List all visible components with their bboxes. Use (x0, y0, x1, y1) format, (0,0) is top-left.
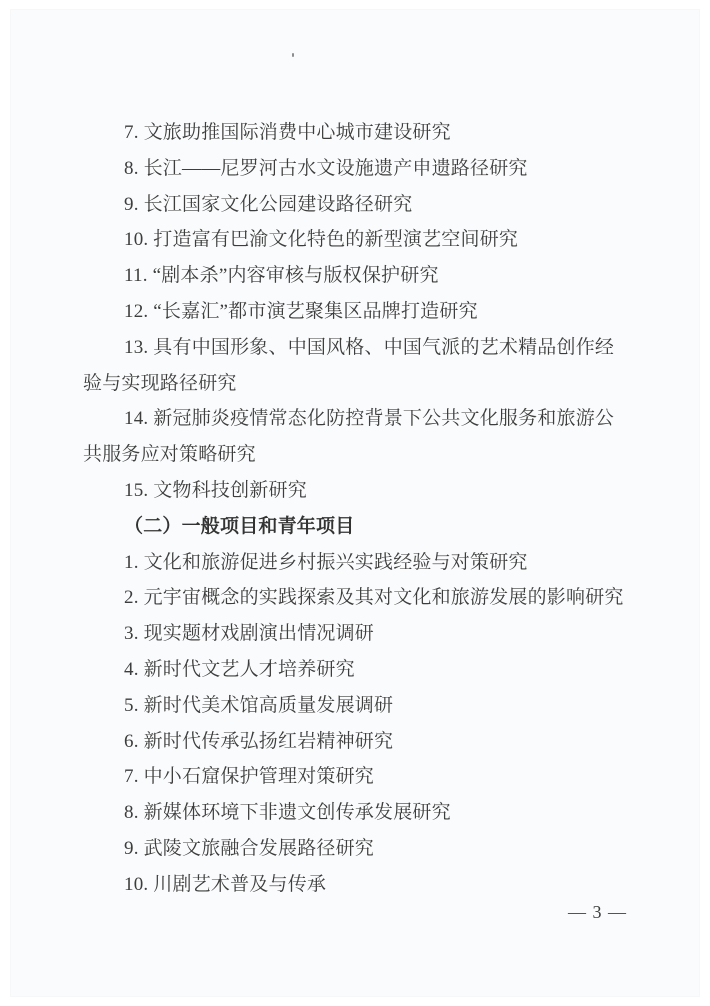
document-body: 7. 文旅助推国际消费中心城市建设研究8. 长江——尼罗河古水文设施遗产申遗路径… (83, 115, 695, 903)
list-item: 2. 元宇宙概念的实践探索及其对文化和旅游发展的影响研究 (83, 580, 695, 616)
list-item: 11. “剧本杀”内容审核与版权保护研究 (83, 258, 695, 294)
scan-artifact-speck (292, 53, 294, 57)
list-item: 7. 文旅助推国际消费中心城市建设研究 (83, 115, 695, 151)
list-item: 1. 文化和旅游促进乡村振兴实践经验与对策研究 (83, 545, 695, 581)
list-item: 8. 长江——尼罗河古水文设施遗产申遗路径研究 (83, 151, 695, 187)
list-item: 10. 川剧艺术普及与传承 (83, 867, 695, 903)
list-item: 9. 武陵文旅融合发展路径研究 (83, 831, 695, 867)
list-item: 13. 具有中国形象、中国风格、中国气派的艺术精品创作经 (83, 330, 695, 366)
page-number: — 3 — (568, 902, 627, 923)
list-item: 5. 新时代美术馆高质量发展调研 (83, 688, 695, 724)
list-item: 15. 文物科技创新研究 (83, 473, 695, 509)
list-item: 3. 现实题材戏剧演出情况调研 (83, 616, 695, 652)
list-item: 验与实现路径研究 (83, 366, 695, 402)
list-item: 6. 新时代传承弘扬红岩精神研究 (83, 724, 695, 760)
section-heading: （二）一般项目和青年项目 (83, 509, 695, 545)
list-item: 10. 打造富有巴渝文化特色的新型演艺空间研究 (83, 222, 695, 258)
list-item: 8. 新媒体环境下非遗文创传承发展研究 (83, 795, 695, 831)
list-item: 14. 新冠肺炎疫情常态化防控背景下公共文化服务和旅游公 (83, 401, 695, 437)
list-item: 7. 中小石窟保护管理对策研究 (83, 759, 695, 795)
document-page: 7. 文旅助推国际消费中心城市建设研究8. 长江——尼罗河古水文设施遗产申遗路径… (10, 9, 700, 997)
list-item: 4. 新时代文艺人才培养研究 (83, 652, 695, 688)
list-item: 12. “长嘉汇”都市演艺聚集区品牌打造研究 (83, 294, 695, 330)
list-item: 共服务应对策略研究 (83, 437, 695, 473)
list-item: 9. 长江国家文化公园建设路径研究 (83, 187, 695, 223)
